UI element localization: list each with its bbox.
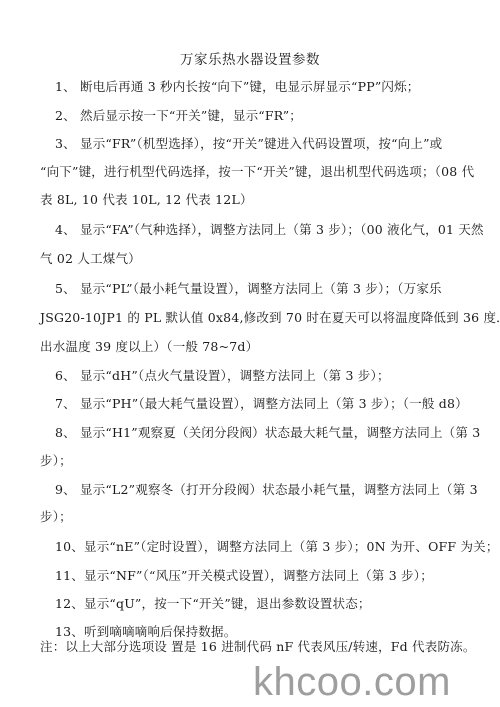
step-5-line-2: JSG20-10JP1 的 PL 默认值 0x84,修改到 70 时在夏天可以将…: [40, 308, 500, 326]
step-6-line-1: 6、 显示“dH”（点火气量设置），调整方法同上（第 3 步）；: [55, 366, 390, 384]
step-4-line-2: 气 02 人工煤气）: [40, 249, 141, 267]
step-3-line-1: 3、 显示“FR”（机型选择），按“开关”键进入代码设置项，按“向上”或: [55, 134, 442, 152]
step-4-line-1: 4、 显示“FA”（气种选择），调整方法同上（第 3 步）；（00 液化气，01…: [55, 220, 484, 238]
step-9-line-1: 9、 显示“L2”观察冬（打开分段阀）状态最小耗气量，调整方法同上（第 3: [55, 480, 478, 498]
step-8-line-2: 步）；: [40, 451, 72, 469]
watermark: khcoo.com: [253, 660, 451, 705]
footnote: 注：以上大部分选项设 置是 16 进制代码 nF 代表风压/转速，Fd 代表防冻…: [40, 637, 476, 655]
step-5-line-3: 出水温度 39 度以上）（一般 78~7d）: [40, 337, 258, 355]
step-2-line-1: 2、 然后显示按一下“开关”键，显示“FR”；: [55, 106, 302, 124]
step-10-line-1: 10、显示“nE”（定时设置），调整方法同上（第 3 步）；0N 为开、OFF …: [55, 537, 499, 555]
step-12-line-1: 12、显示“qU”，按一下“开关”键，退出参数设置状态；: [55, 594, 371, 612]
step-7-line-1: 7、 显示“PH”（最大耗气量设置），调整方法同上（第 3 步）；（一般 d8）: [55, 394, 468, 412]
document-title: 万家乐热水器设置参数: [0, 48, 500, 68]
step-5-line-1: 5、 显示“PL”（最小耗气量设置），调整方法同上（第 3 步）；（万家乐: [55, 279, 442, 297]
step-11-line-1: 11、显示“NF”（“风压”开关模式设置），调整方法同上（第 3 步）；: [55, 566, 433, 584]
step-3-line-2: “向下”键，进行机型代码选择，按一下“开关”键，退出机型代码选项；（08 代: [40, 162, 474, 180]
step-9-line-2: 步）；: [40, 507, 72, 525]
step-1-line-1: 1、 断电后再通 3 秒内长按“向下”键，电显示屏显示“PP”闪烁；: [55, 77, 420, 95]
step-3-line-3: 表 8L, 10 代表 10L, 12 代表 12L）: [40, 190, 253, 208]
step-8-line-1: 8、 显示“H1”观察夏（关闭分段阀）状态最大耗气量，调整方法同上（第 3: [55, 423, 480, 441]
